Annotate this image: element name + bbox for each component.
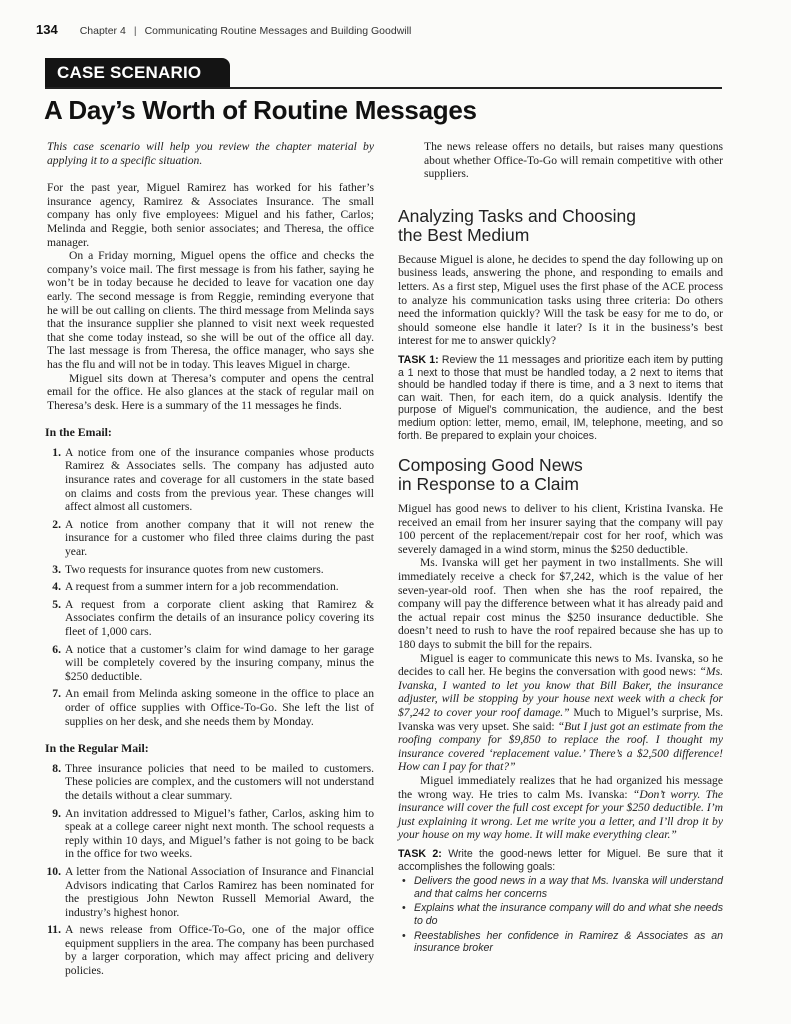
list-item: 5.A request from a corporate client aski… (47, 598, 374, 639)
task-goals-list: •Delivers the good news in a way that Ms… (398, 875, 723, 955)
body-paragraph: Miguel sits down at Theresa’s computer a… (47, 372, 374, 413)
item-text: A letter from the National Association o… (65, 865, 374, 919)
item-text: A news release from Office-To-Go, one of… (65, 923, 374, 977)
regular-mail-subheading: In the Regular Mail: (45, 742, 374, 756)
right-column: The news release offers no details, but … (398, 140, 723, 957)
heading-line: Composing Good News (398, 455, 583, 475)
item-number: 10. (39, 865, 61, 879)
list-item: •Delivers the good news in a way that Ms… (398, 875, 723, 900)
item-number: 3. (47, 563, 61, 577)
email-subheading: In the Email: (45, 426, 374, 440)
list-item: •Reestablishes her confidence in Ramirez… (398, 930, 723, 955)
body-paragraph: Miguel is eager to communicate this news… (398, 652, 723, 774)
body-paragraph: Ms. Ivanska will get her payment in two … (398, 556, 723, 651)
regular-mail-message-list: 8.Three insurance policies that need to … (47, 762, 374, 978)
task-1: TASK 1: Review the 11 messages and prior… (398, 354, 723, 442)
news-release-continuation: The news release offers no details, but … (398, 140, 723, 181)
item-number: 4. (47, 580, 61, 594)
item-number: 6. (47, 643, 61, 657)
task-label: TASK 2: (398, 848, 442, 860)
list-item: 9.An invitation addressed to Miguel’s fa… (47, 807, 374, 861)
bullet-icon: • (402, 930, 406, 943)
item-text: A notice from another company that it wi… (65, 518, 374, 558)
list-item: 1.A notice from one of the insurance com… (47, 446, 374, 514)
task-text: Review the 11 messages and prioritize ea… (398, 354, 723, 442)
bullet-icon: • (402, 875, 406, 888)
task-2: TASK 2: Write the good-news letter for M… (398, 848, 723, 873)
task-label: TASK 1: (398, 354, 439, 366)
list-item: 10.A letter from the National Associatio… (47, 865, 374, 919)
page-number: 134 (36, 22, 58, 37)
item-text: Two requests for insurance quotes from n… (65, 563, 324, 576)
list-item: 6.A notice that a customer’s claim for w… (47, 643, 374, 684)
goal-text: Delivers the good news in a way that Ms.… (414, 875, 723, 900)
chapter-label: Chapter 4 (80, 25, 126, 37)
list-item: 2.A notice from another company that it … (47, 518, 374, 559)
intro-text: This case scenario will help you review … (47, 140, 374, 167)
list-item: 4.A request from a summer intern for a j… (47, 580, 374, 594)
running-head: 134 Chapter 4 | Communicating Routine Me… (36, 22, 411, 37)
list-item: •Explains what the insurance company wil… (398, 902, 723, 927)
case-scenario-banner: CASE SCENARIO (45, 58, 230, 88)
list-item: 11.A news release from Office-To-Go, one… (47, 923, 374, 977)
body-paragraph: For the past year, Miguel Ramirez has wo… (47, 181, 374, 249)
list-item: 8.Three insurance policies that need to … (47, 762, 374, 803)
item-number: 5. (47, 598, 61, 612)
email-message-list: 1.A notice from one of the insurance com… (47, 446, 374, 728)
goal-text: Reestablishes her confidence in Ramirez … (414, 930, 723, 955)
task-text: Write the good-news letter for Miguel. B… (398, 848, 723, 873)
section-heading-composing-good-news: Composing Good News in Response to a Cla… (398, 456, 723, 494)
item-number: 1. (47, 446, 61, 460)
item-text: An invitation addressed to Miguel’s fath… (65, 807, 374, 861)
body-paragraph: On a Friday morning, Miguel opens the of… (47, 249, 374, 371)
bullet-icon: • (402, 902, 406, 915)
left-column: This case scenario will help you review … (47, 140, 374, 982)
banner-rule-divider (45, 87, 722, 89)
item-text: Three insurance policies that need to be… (65, 762, 374, 802)
item-number: 8. (47, 762, 61, 776)
goal-text: Explains what the insurance company will… (414, 902, 723, 927)
item-text: A notice from one of the insurance compa… (65, 446, 374, 513)
list-item: 7.An email from Melinda asking someone i… (47, 687, 374, 728)
chapter-title: Communicating Routine Messages and Build… (145, 25, 412, 37)
item-text: A request from a corporate client asking… (65, 598, 374, 638)
item-number: 2. (47, 518, 61, 532)
item-number: 7. (47, 687, 61, 701)
heading-line: the Best Medium (398, 225, 529, 245)
section-heading-analyzing-tasks: Analyzing Tasks and Choosing the Best Me… (398, 207, 723, 245)
item-text: A request from a summer intern for a job… (65, 580, 339, 593)
body-paragraph: Miguel has good news to deliver to his c… (398, 502, 723, 556)
body-paragraph: Because Miguel is alone, he decides to s… (398, 253, 723, 348)
heading-line: in Response to a Claim (398, 474, 579, 494)
page-title: A Day’s Worth of Routine Messages (44, 95, 477, 126)
item-number: 9. (47, 807, 61, 821)
item-text: An email from Melinda asking someone in … (65, 687, 374, 727)
list-item: 3.Two requests for insurance quotes from… (47, 563, 374, 577)
item-number: 11. (39, 923, 61, 937)
text-run: Miguel is eager to communicate this news… (398, 652, 723, 679)
item-text: A notice that a customer’s claim for win… (65, 643, 374, 683)
body-paragraph: Miguel immediately realizes that he had … (398, 774, 723, 842)
heading-line: Analyzing Tasks and Choosing (398, 206, 636, 226)
running-head-separator: | (134, 25, 137, 37)
